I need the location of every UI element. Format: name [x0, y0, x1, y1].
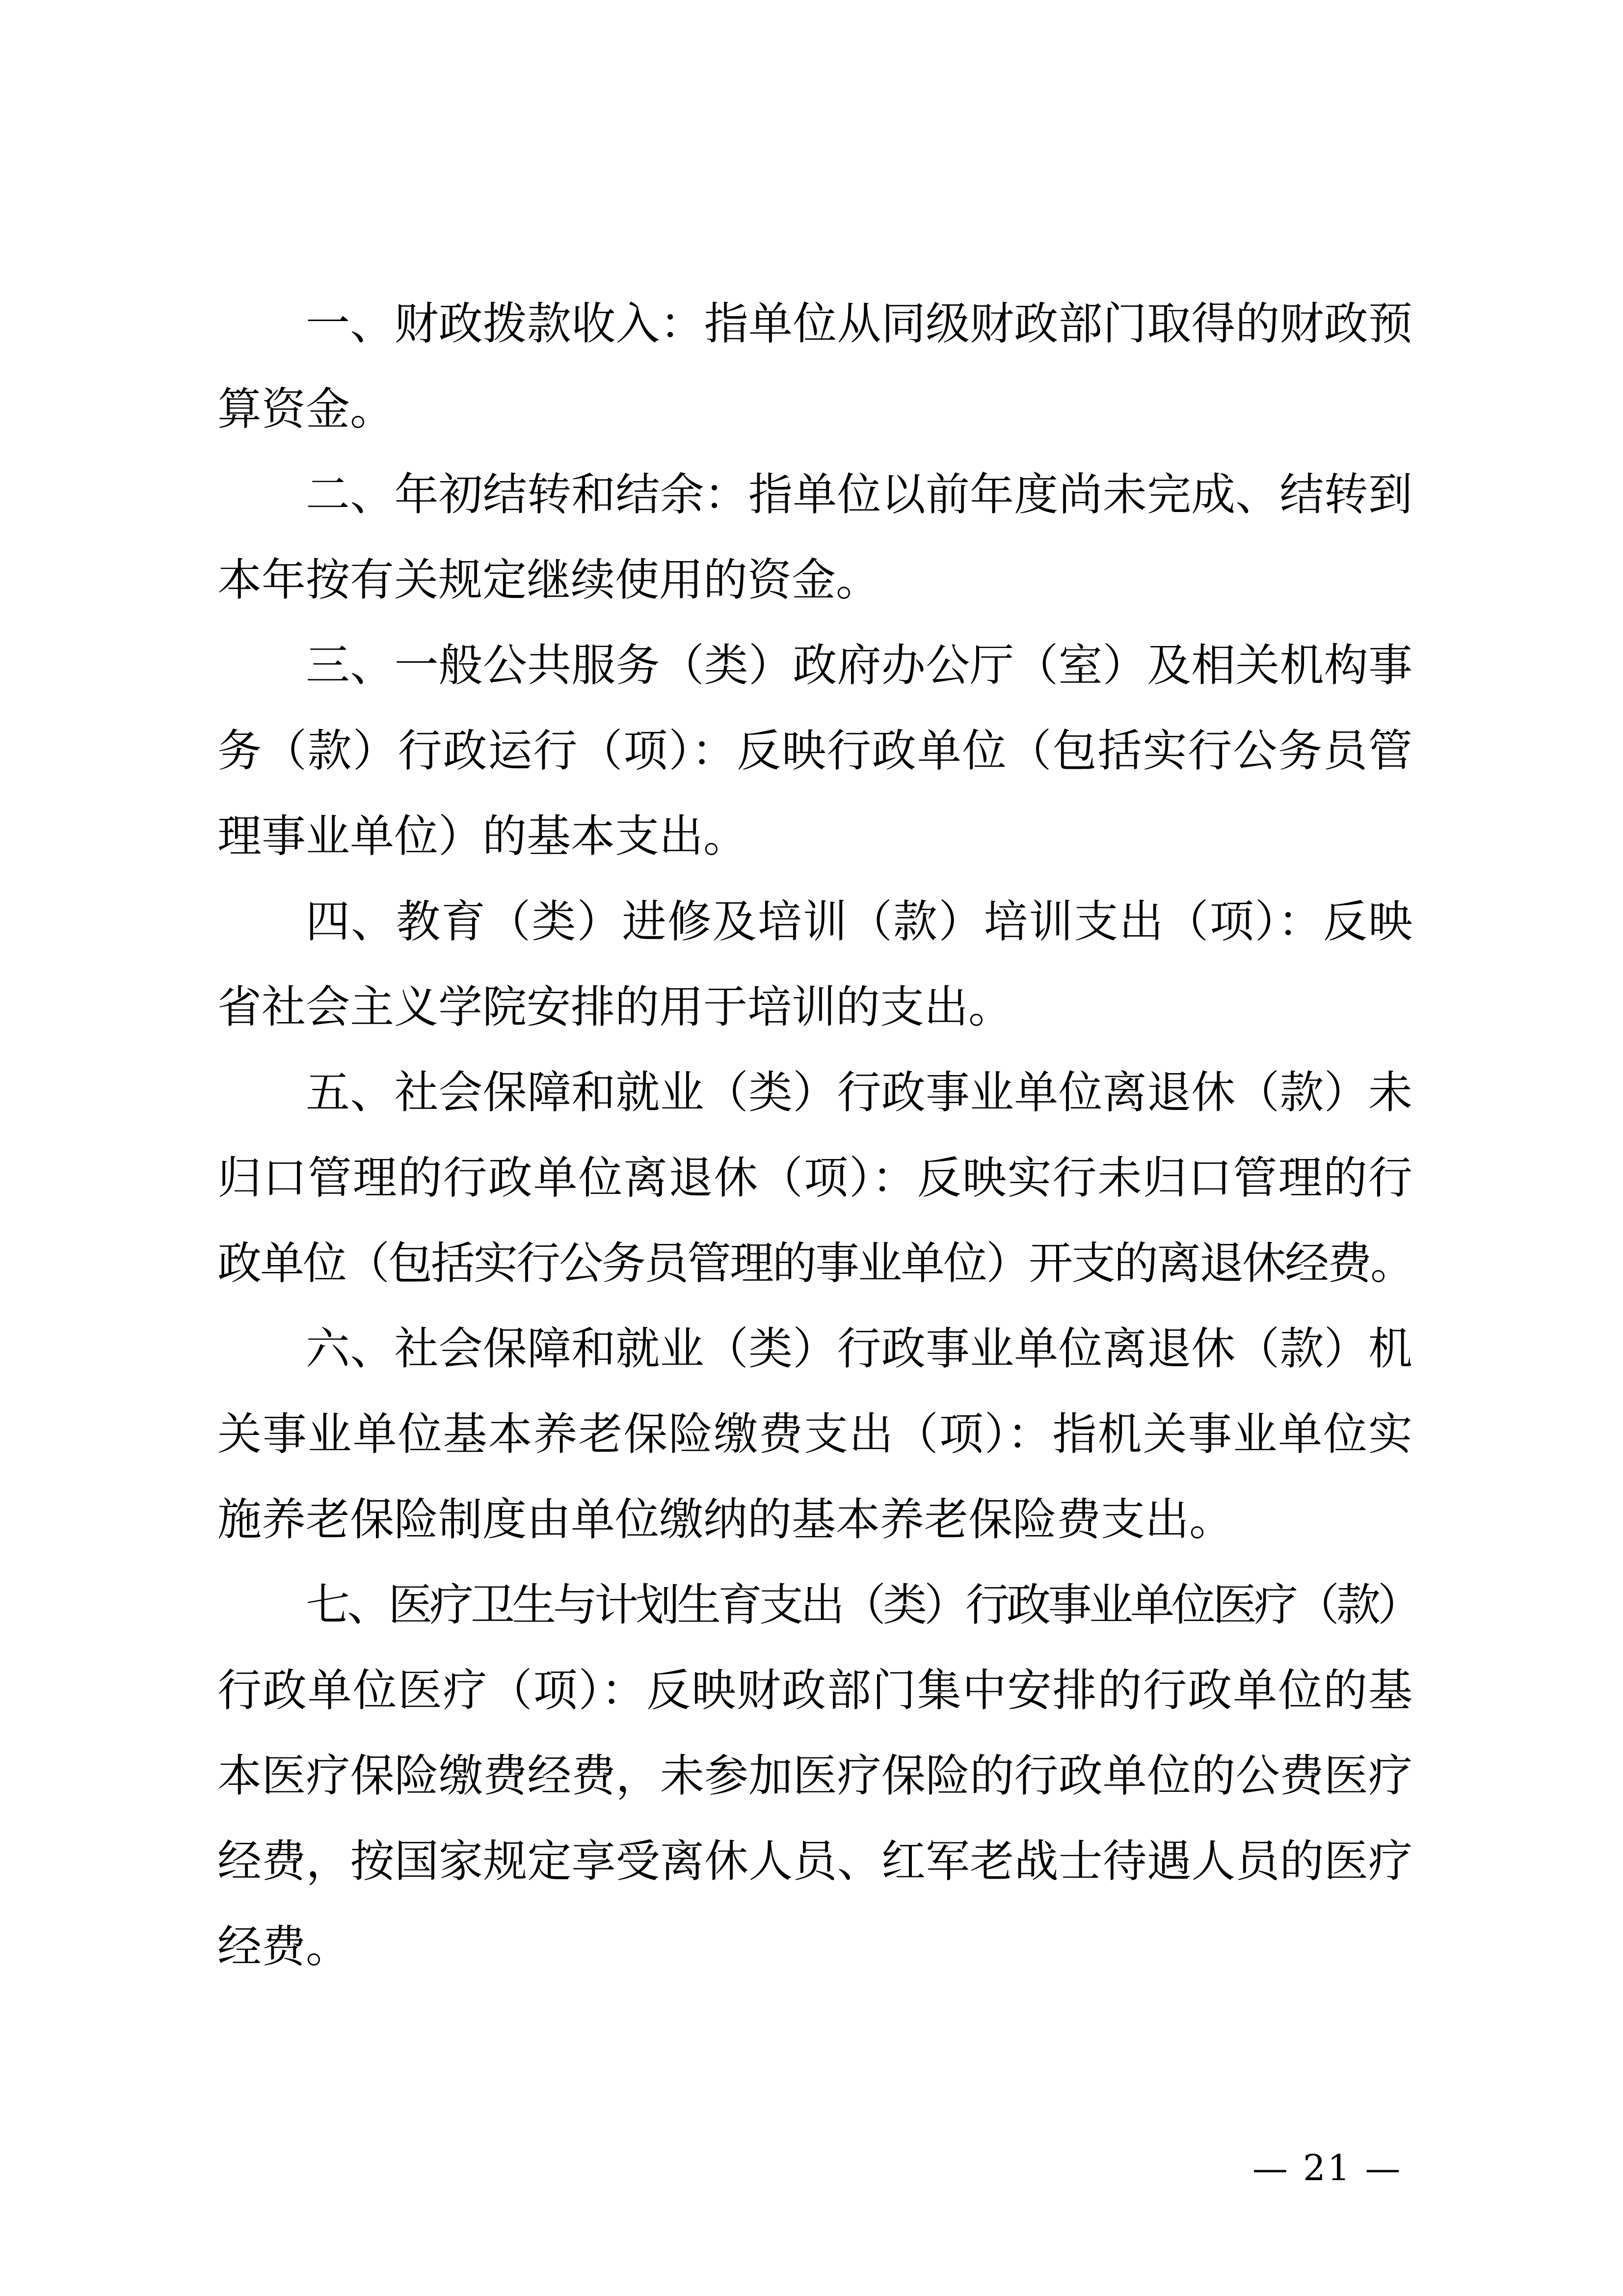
text-line: 归口管理的行政单位离退休（项）：反映实行未归口管理的行 — [217, 1135, 1412, 1221]
document-body: 一、财政拨款收入：指单位从同级财政部门取得的财政预算资金。二、年初结转和结余：指… — [217, 281, 1412, 1990]
document-page: 一、财政拨款收入：指单位从同级财政部门取得的财政预算资金。二、年初结转和结余：指… — [0, 0, 1623, 2296]
text-line: 一、财政拨款收入：指单位从同级财政部门取得的财政预 — [217, 281, 1412, 367]
text-line: 务（款）行政运行（项）：反映行政单位（包括实行公务员管 — [217, 708, 1412, 794]
text-line: 本医疗保险缴费经费，未参加医疗保险的行政单位的公费医疗 — [217, 1733, 1412, 1819]
text-line: 二、年初结转和结余：指单位以前年度尚未完成、结转到 — [217, 452, 1412, 538]
text-line: 施养老保险制度由单位缴纳的基本养老保险费支出。 — [217, 1477, 1412, 1563]
page-number: — 21 — — [1252, 2146, 1402, 2190]
text-line: 政单位（包括实行公务员管理的事业单位）开支的离退休经费。 — [217, 1221, 1412, 1306]
text-line: 省社会主义学院安排的用于培训的支出。 — [217, 965, 1412, 1050]
text-line: 七、医疗卫生与计划生育支出（类）行政事业单位医疗（款） — [217, 1563, 1412, 1648]
text-line: 经费。 — [217, 1904, 1412, 1990]
text-line: 关事业单位基本养老保险缴费支出（项）：指机关事业单位实 — [217, 1392, 1412, 1477]
text-line: 理事业单位）的基本支出。 — [217, 794, 1412, 879]
text-line: 五、社会保障和就业（类）行政事业单位离退休（款）未 — [217, 1050, 1412, 1135]
text-line: 三、一般公共服务（类）政府办公厅（室）及相关机构事 — [217, 623, 1412, 708]
text-line: 经费，按国家规定享受离休人员、红军老战士待遇人员的医疗 — [217, 1819, 1412, 1904]
text-line: 行政单位医疗（项）：反映财政部门集中安排的行政单位的基 — [217, 1648, 1412, 1733]
text-line: 本年按有关规定继续使用的资金。 — [217, 538, 1412, 623]
text-line: 四、教育（类）进修及培训（款）培训支出（项）：反映 — [217, 879, 1412, 965]
text-line: 算资金。 — [217, 367, 1412, 452]
text-line: 六、社会保障和就业（类）行政事业单位离退休（款）机 — [217, 1306, 1412, 1392]
